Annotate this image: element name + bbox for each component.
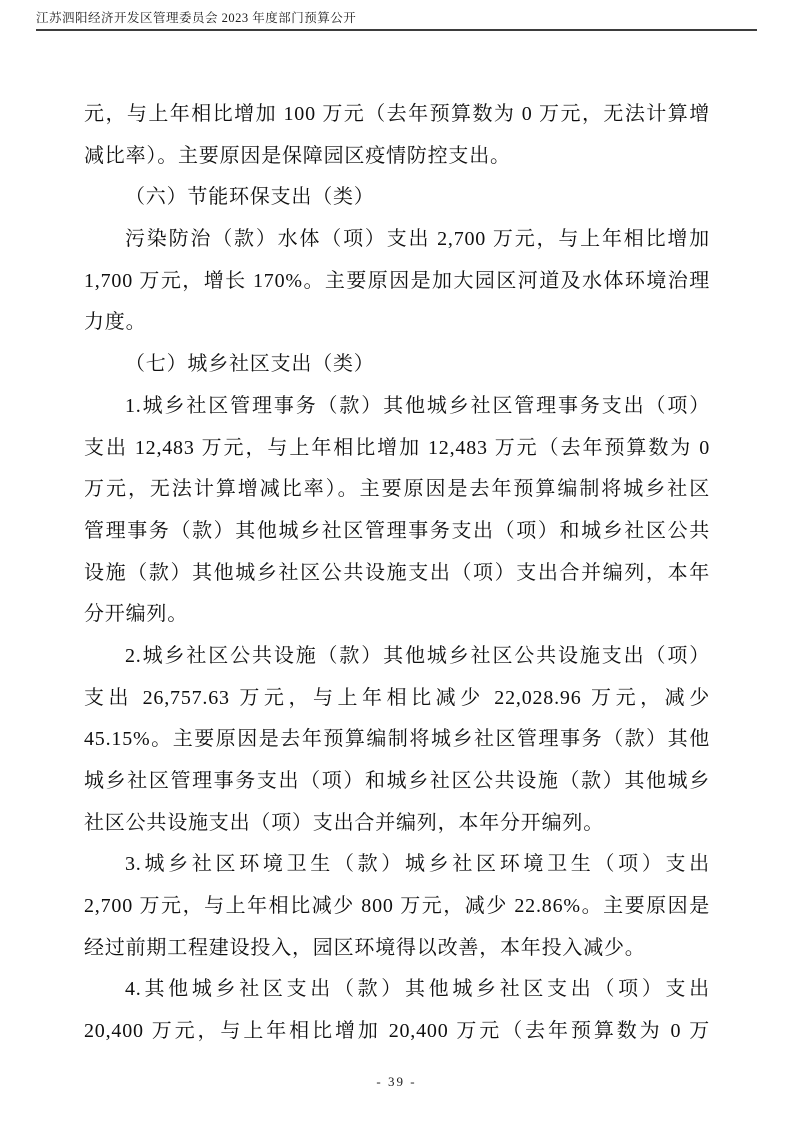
text-line: 元，与上年相比增加 100 万元（去年预算数为 0 万元，无法计算增 — [84, 94, 710, 136]
text-line: 2.城乡社区公共设施（款）其他城乡社区公共设施支出（项） — [84, 636, 710, 678]
text-line: 20,400 万元，与上年相比增加 20,400 万元（去年预算数为 0 万 — [84, 1011, 710, 1053]
text-line: 分开编列。 — [84, 594, 710, 636]
page-number: - 39 - — [376, 1074, 416, 1089]
header-title: 江苏泗阳经济开发区管理委员会 2023 年度部门预算公开 — [36, 11, 356, 25]
text-line: 1,700 万元，增长 170%。主要原因是加大园区河道及水体环境治理 — [84, 261, 710, 303]
text-line: 1.城乡社区管理事务（款）其他城乡社区管理事务支出（项） — [84, 386, 710, 428]
text-line: 支出 12,483 万元，与上年相比增加 12,483 万元（去年预算数为 0 — [84, 428, 710, 470]
text-line: 社区公共设施支出（项）支出合并编列，本年分开编列。 — [84, 803, 710, 845]
text-line: 4.其他城乡社区支出（款）其他城乡社区支出（项）支出 — [84, 969, 710, 1011]
text-line: 万元，无法计算增减比率）。主要原因是去年预算编制将城乡社区 — [84, 469, 710, 511]
page-footer: - 39 - — [0, 1074, 793, 1090]
document-body: 元，与上年相比增加 100 万元（去年预算数为 0 万元，无法计算增 减比率）。… — [84, 94, 710, 1053]
section-heading-7: （七）城乡社区支出（类） — [84, 344, 710, 386]
text-line: 管理事务（款）其他城乡社区管理事务支出（项）和城乡社区公共 — [84, 511, 710, 553]
text-line: 2,700 万元，与上年相比减少 800 万元，减少 22.86%。主要原因是 — [84, 886, 710, 928]
text-line: 45.15%。主要原因是去年预算编制将城乡社区管理事务（款）其他 — [84, 719, 710, 761]
page-header: 江苏泗阳经济开发区管理委员会 2023 年度部门预算公开 — [36, 10, 757, 31]
text-line: 减比率）。主要原因是保障园区疫情防控支出。 — [84, 136, 710, 178]
text-line: 设施（款）其他城乡社区公共设施支出（项）支出合并编列，本年 — [84, 553, 710, 595]
text-line: 3.城乡社区环境卫生（款）城乡社区环境卫生（项）支出 — [84, 844, 710, 886]
text-line: 城乡社区管理事务支出（项）和城乡社区公共设施（款）其他城乡 — [84, 761, 710, 803]
section-heading-6: （六）节能环保支出（类） — [84, 177, 710, 219]
text-line: 经过前期工程建设投入，园区环境得以改善，本年投入减少。 — [84, 928, 710, 970]
document-page: 江苏泗阳经济开发区管理委员会 2023 年度部门预算公开 元，与上年相比增加 1… — [0, 0, 793, 1122]
text-line: 污染防治（款）水体（项）支出 2,700 万元，与上年相比增加 — [84, 219, 710, 261]
text-line: 力度。 — [84, 302, 710, 344]
text-line: 支出 26,757.63 万元，与上年相比减少 22,028.96 万元，减少 — [84, 678, 710, 720]
